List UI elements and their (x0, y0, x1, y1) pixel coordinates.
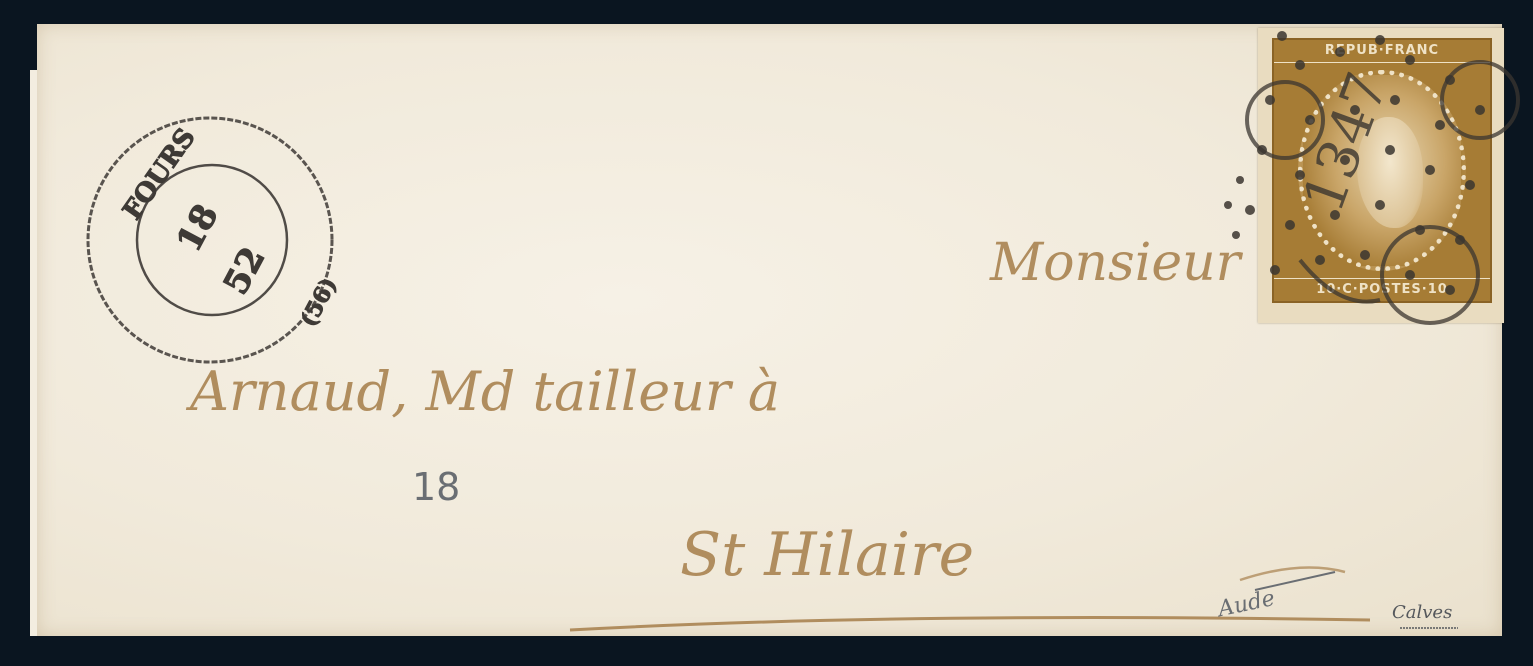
address-line-3: St Hilaire (680, 520, 974, 590)
expert-signature: Calves (1392, 602, 1452, 623)
address-line-2: Arnaud, Md tailleur à (185, 360, 780, 423)
pencil-number: 18 (412, 465, 460, 509)
address-line-1: Monsieur (989, 233, 1244, 293)
